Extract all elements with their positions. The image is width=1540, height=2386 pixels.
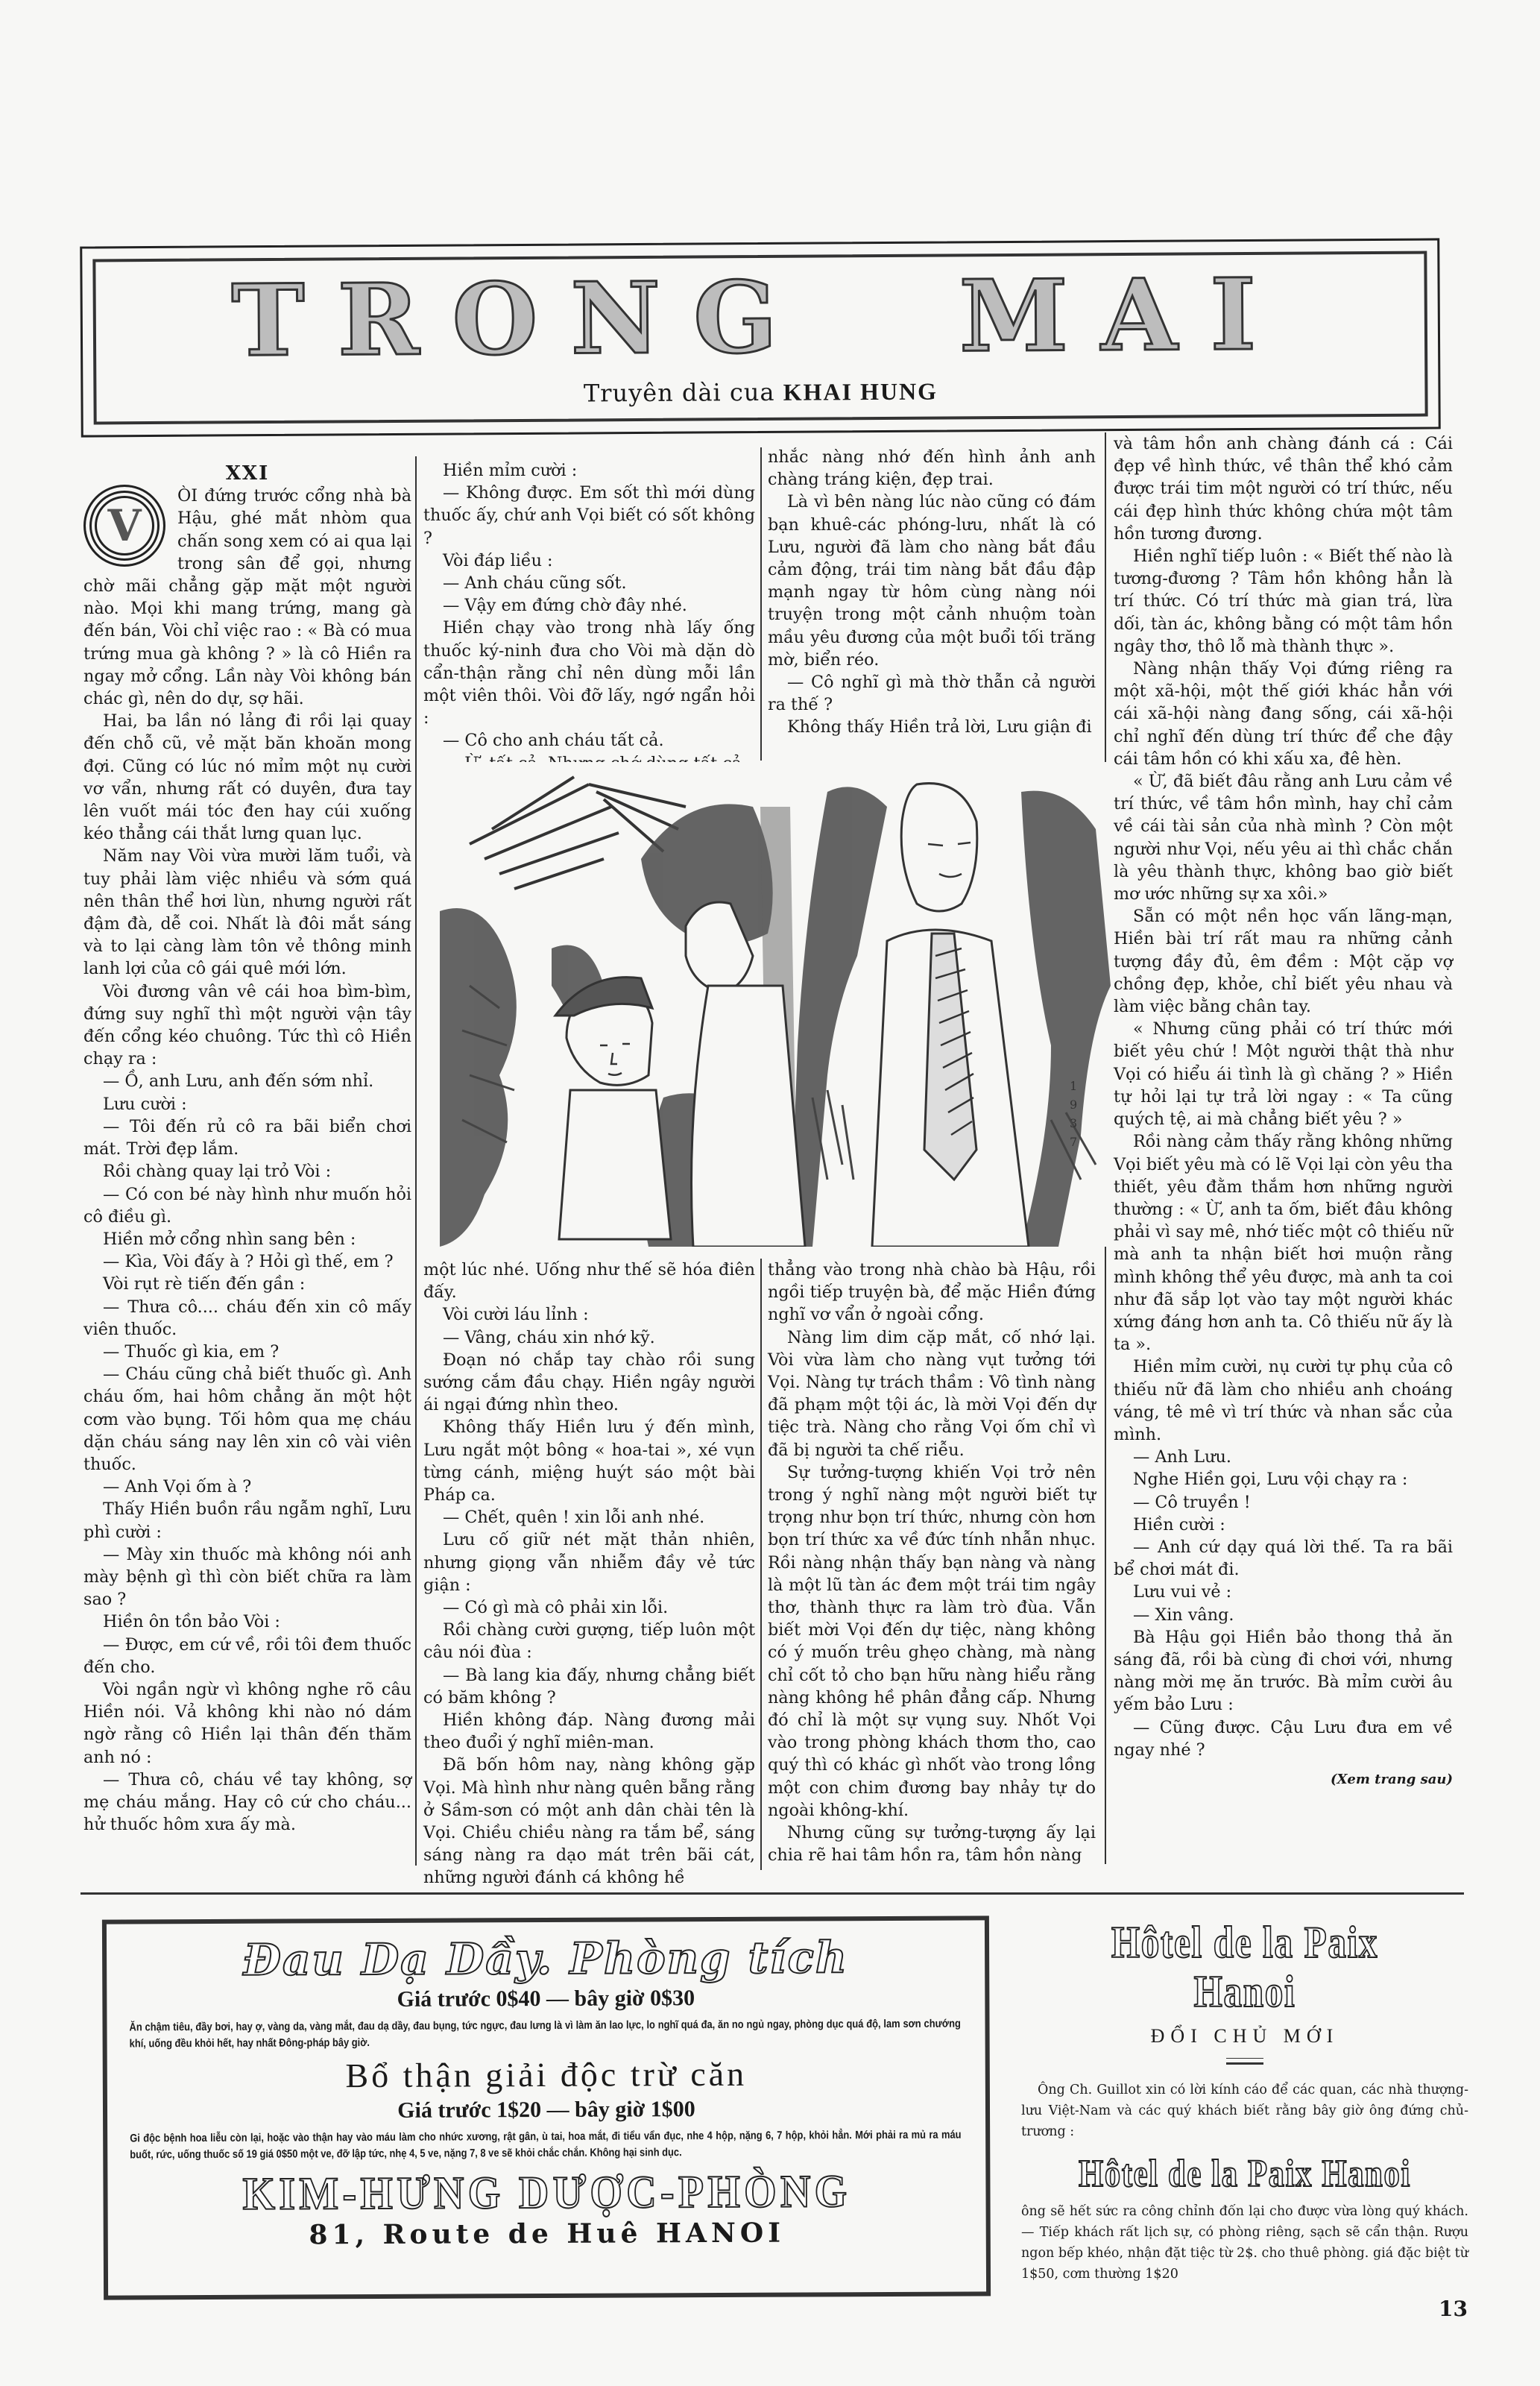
paragraph: Sẵn có một nền học vấn lãng-mạn, Hiền bà… — [1114, 905, 1453, 1018]
hotel-intro: Ông Ch. Guillot xin có lời kính cáo để c… — [1021, 2080, 1468, 2142]
paragraph: Nhưng cũng sự tưởng-tượng ấy lại chia rẽ… — [768, 1822, 1096, 1866]
paragraph: Hiền chạy vào trong nhà lấy ống thuốc ký… — [423, 617, 755, 729]
paragraph: Hiền mở cổng nhìn sang bên : — [83, 1228, 411, 1250]
dialogue: — Không được. Em sốt thì mới dùng thuốc … — [423, 482, 755, 550]
dialogue: — Cô truyền ! — [1114, 1491, 1453, 1514]
woodcut-illustration-icon: 1937 — [440, 762, 1111, 1247]
svg-text:3: 3 — [1070, 1116, 1077, 1130]
story-column-2-bottom: một lúc nhé. Uống như thế sẽ hóa điên đấ… — [423, 1259, 755, 1889]
paragraph: Thấy Hiền buồn rầu ngẫm nghĩ, Lưu phì cư… — [83, 1498, 411, 1543]
dialogue: — Cô nghĩ gì mà thờ thẫn cả người ra thế… — [768, 671, 1096, 716]
dialogue: — Vâng, cháu xin nhớ kỹ. — [423, 1326, 755, 1349]
column-rule — [415, 456, 417, 1866]
svg-text:7: 7 — [1070, 1135, 1077, 1149]
masthead: TRONG MAI Truyên dài cua KHAI HUNG — [92, 251, 1427, 425]
section-divider — [81, 1892, 1464, 1895]
paragraph: Vòi cười láu lỉnh : — [423, 1303, 755, 1326]
dialogue: — Bà lang kia đấy, nhưng chẳng biết có b… — [423, 1664, 755, 1709]
hotel-subtitle: ĐỔI CHỦ MỚI — [1021, 2025, 1468, 2047]
paragraph: Nghe Hiền gọi, Lưu vội chạy ra : — [1114, 1468, 1453, 1491]
hotel-title-2: Hôtel de la Paix Hanoi — [1061, 2153, 1428, 2195]
dialogue: — Vậy em đứng chờ đây nhé. — [423, 594, 755, 617]
dialogue: — Có gì mà cô phải xin lỗi. — [423, 1596, 755, 1619]
ad-description-1: Ăn chậm tiêu, đầy bơi, hay ợ, vàng da, v… — [129, 2015, 960, 2052]
hotel-advertisement: Hôtel de la Paix Hanoi ĐỔI CHỦ MỚI Ông C… — [1021, 1918, 1468, 2285]
title-word-2: MAI — [959, 266, 1289, 367]
story-column-4: và tâm hồn anh chàng đánh cá : Cái đẹp v… — [1114, 432, 1453, 1791]
hotel-details: ông sẽ hết sức ra công chỉnh đốn lại cho… — [1021, 2201, 1468, 2285]
byline-prefix: Truyên dài cua — [584, 378, 775, 408]
paragraph: Là vì bên nàng lúc nào cũng có đám bạn k… — [768, 491, 1096, 671]
paragraph: Vòi đáp liều : — [423, 550, 755, 572]
ad-headline-kidney: Bổ thận giải độc trừ căn — [130, 2053, 963, 2096]
paragraph: Rồi chàng cười gượng, tiếp luôn một câu … — [423, 1619, 755, 1663]
paragraph: Vòi đương vân vê cái hoa bìm-bìm, đứng s… — [83, 980, 411, 1071]
paragraph: Bà Hậu gọi Hiền bảo thong thả ăn sáng đã… — [1114, 1626, 1453, 1716]
column-rule — [760, 1259, 762, 1870]
newspaper-page: TRONG MAI Truyên dài cua KHAI HUNG XXI V… — [0, 0, 1540, 2386]
ornament-divider-icon — [1226, 2058, 1263, 2065]
paragraph: Nàng nhận thấy Vọi đứng riêng ra một xã-… — [1114, 658, 1453, 770]
paragraph: một lúc nhé. Uống như thế sẽ hóa điên đấ… — [423, 1259, 755, 1303]
paragraph: Rồi chàng quay lại trỏ Vòi : — [83, 1160, 411, 1183]
story-title: TRONG MAI — [231, 266, 1289, 371]
paragraph: và tâm hồn anh chàng đánh cá : Cái đẹp v… — [1114, 432, 1453, 545]
paragraph: Lưu cố giữ nét mặt thản nhiên, nhưng giọ… — [423, 1529, 755, 1596]
svg-text:1: 1 — [1070, 1079, 1077, 1093]
paragraph: thẳng vào trong nhà chào bà Hậu, rồi ngồ… — [768, 1259, 1096, 1326]
paragraph: Vòi rụt rè tiến đến gần : — [83, 1273, 411, 1295]
paragraph: Đã bốn hôm nay, nàng không gặp Vọi. Mà h… — [423, 1754, 755, 1889]
paragraph: Nàng lim dim cặp mắt, cố nhớ lại. Vòi vừ… — [768, 1326, 1096, 1461]
story-column-1: XXI V ÒI đứng trước cổng nhà bà Hậu, ghé… — [83, 462, 411, 1836]
hotel-description: ông sẽ hết sức ra công chỉnh đốn lại cho… — [1021, 2201, 1468, 2285]
page-number: 13 — [1439, 2297, 1468, 2321]
hotel-body: Ông Ch. Guillot xin có lời kính cáo để c… — [1021, 2080, 1468, 2142]
continued-note: (Xem trang sau) — [1114, 1769, 1453, 1791]
paragraph: Hiền không đáp. Nàng đương mải theo đuổi… — [423, 1709, 755, 1754]
dialogue: — Anh cháu cũng sốt. — [423, 572, 755, 594]
paragraph: Lưu cười : — [83, 1093, 411, 1115]
hotel-title: Hôtel de la Paix Hanoi — [1061, 1918, 1428, 2016]
paragraph: « Nhưng cũng phải có trí thức mới biết y… — [1114, 1018, 1453, 1130]
dialogue: — Cô cho anh cháu tất cả. — [423, 729, 755, 752]
ad-price-2: Giá trước 1$20 — bây giờ 1$00 — [130, 2095, 963, 2124]
story-illustration: 1937 — [440, 762, 1111, 1247]
dialogue: — Kìa, Vòi đấy à ? Hỏi gì thế, em ? — [83, 1250, 411, 1273]
paragraph: nhắc nàng nhớ đến hình ảnh anh chàng trá… — [768, 446, 1096, 491]
dialogue: — Thưa cô, cháu về tay không, sợ mẹ cháu… — [83, 1769, 411, 1836]
dialogue: — Ồ, anh Lưu, anh đến sớm nhỉ. — [83, 1070, 411, 1092]
svg-text:9: 9 — [1070, 1098, 1077, 1112]
dialogue: — Thưa cô.... cháu đến xin cô mấy viên t… — [83, 1296, 411, 1341]
dialogue: — Anh Vọi ốm à ? — [83, 1476, 411, 1498]
ad-price-1: Giá trước 0$40 — bây giờ 0$30 — [129, 1984, 962, 2013]
paragraph: Đoạn nó chắp tay chào rồi sung sướng cắm… — [423, 1349, 755, 1417]
dialogue: — Anh cứ dạy quá lời thế. Ta ra bãi bể c… — [1114, 1536, 1453, 1581]
chapter-number: XXI — [83, 462, 411, 485]
dialogue: — Xin vâng. — [1114, 1604, 1453, 1626]
paragraph: Không thấy Hiền trả lời, Lưu giận đi — [768, 716, 1096, 738]
dialogue: — Được, em cứ về, rồi tôi đem thuốc đến … — [83, 1634, 411, 1678]
paragraph: Sự tưởng-tượng khiến Vọi trở nên trong ý… — [768, 1461, 1096, 1822]
dropcap-v-ornament: V — [83, 485, 165, 567]
paragraph: Hai, ba lần nó lảng đi rồi lại quay đến … — [83, 710, 411, 845]
ad-headline-stomach: Đau Dạ Dầy. Phòng tích — [129, 1934, 962, 1986]
paragraph: Hiền mỉm cười, nụ cười tự phụ của cô thi… — [1114, 1356, 1453, 1446]
dialogue: — Cháu cũng chả biết thuốc gì. Anh cháu … — [83, 1363, 411, 1476]
dialogue: — Có con bé này hình như muốn hỏi cô điề… — [83, 1183, 411, 1228]
paragraph: Không thấy Hiền lưu ý đến mình, Lưu ngắt… — [423, 1416, 755, 1506]
author-name: KHAI HUNG — [783, 378, 938, 406]
dialogue: — Thuốc gì kia, em ? — [83, 1341, 411, 1363]
paragraph: Lưu vui vẻ : — [1114, 1581, 1453, 1603]
column-rule — [760, 447, 762, 761]
ad-description-2: Gi độc bệnh hoa liễu còn lại, hoặc vào t… — [130, 2127, 961, 2163]
paragraph: Hiền cười : — [1114, 1514, 1453, 1536]
paragraph: Vòi ngần ngừ vì không nghe rõ câu Hiền n… — [83, 1678, 411, 1769]
masthead-frame: TRONG MAI Truyên dài cua KHAI HUNG — [80, 238, 1441, 437]
dialogue: — Anh Lưu. — [1114, 1446, 1453, 1468]
paragraph: Hiền ôn tồn bảo Vòi : — [83, 1611, 411, 1633]
paragraph: Rồi nàng cảm thấy rằng không những Vọi b… — [1114, 1130, 1453, 1356]
dialogue: — Chết, quên ! xin lỗi anh nhé. — [423, 1506, 755, 1529]
story-column-3-bottom: thẳng vào trong nhà chào bà Hậu, rồi ngồ… — [768, 1259, 1096, 1866]
paragraph: Năm nay Vòi vừa mười lăm tuổi, và tuy ph… — [83, 845, 411, 980]
dialogue: — Cũng được. Cậu Lưu đưa em về ngay nhé … — [1114, 1716, 1453, 1761]
pharmacy-address: 81, Route de Huê HANOI — [130, 2217, 964, 2252]
paragraph: « Ừ, đã biết đâu rằng anh Lưu cảm về trí… — [1114, 770, 1453, 905]
title-word-1: TRONG — [231, 269, 810, 371]
pharmacy-advertisement: Đau Dạ Dầy. Phòng tích Giá trước 0$40 — … — [102, 1916, 991, 2300]
pharmacy-brand: KIM-HƯNG DƯỢC-PHÒNG — [171, 2166, 921, 2220]
dialogue: — Mày xin thuốc mà không nói anh mày bện… — [83, 1543, 411, 1611]
paragraph: Hiền nghĩ tiếp luôn : « Biết thế nào là … — [1114, 545, 1453, 658]
story-column-2-top: Hiền mỉm cười : — Không được. Em sốt thì… — [423, 459, 755, 775]
dialogue: — Tôi đến rủ cô ra bãi biển chơi mát. Tr… — [83, 1115, 411, 1160]
story-column-3-top: nhắc nàng nhớ đến hình ảnh anh chàng trá… — [768, 446, 1096, 739]
byline: Truyên dài cua KHAI HUNG — [584, 377, 938, 408]
paragraph: Hiền mỉm cười : — [423, 459, 755, 482]
